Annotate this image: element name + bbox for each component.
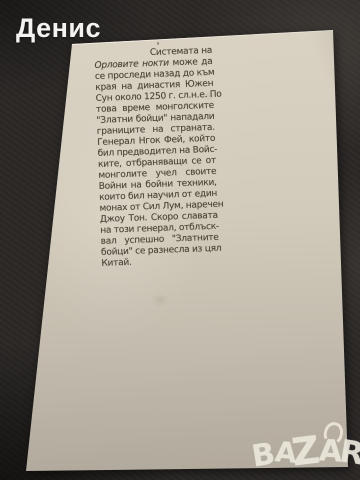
bazar-watermark-logo: B A Z A R xyxy=(248,421,360,480)
book-shadow-wrap: Системата на Орловите нокти може да се п… xyxy=(0,0,360,480)
book-back-cover: Системата на Орловите нокти може да се п… xyxy=(0,0,360,480)
seller-name-overlay: Денис xyxy=(16,13,101,44)
bazar-letter: B xyxy=(249,436,277,474)
cover-speck xyxy=(157,42,159,45)
photo-scene: Системата на Орловите нокти може да се п… xyxy=(0,0,360,480)
page-edge-highlight xyxy=(70,28,336,45)
cover-text-fragment: може да xyxy=(172,57,212,68)
cover-text-block: Системата на Орловите нокти може да се п… xyxy=(94,46,220,270)
